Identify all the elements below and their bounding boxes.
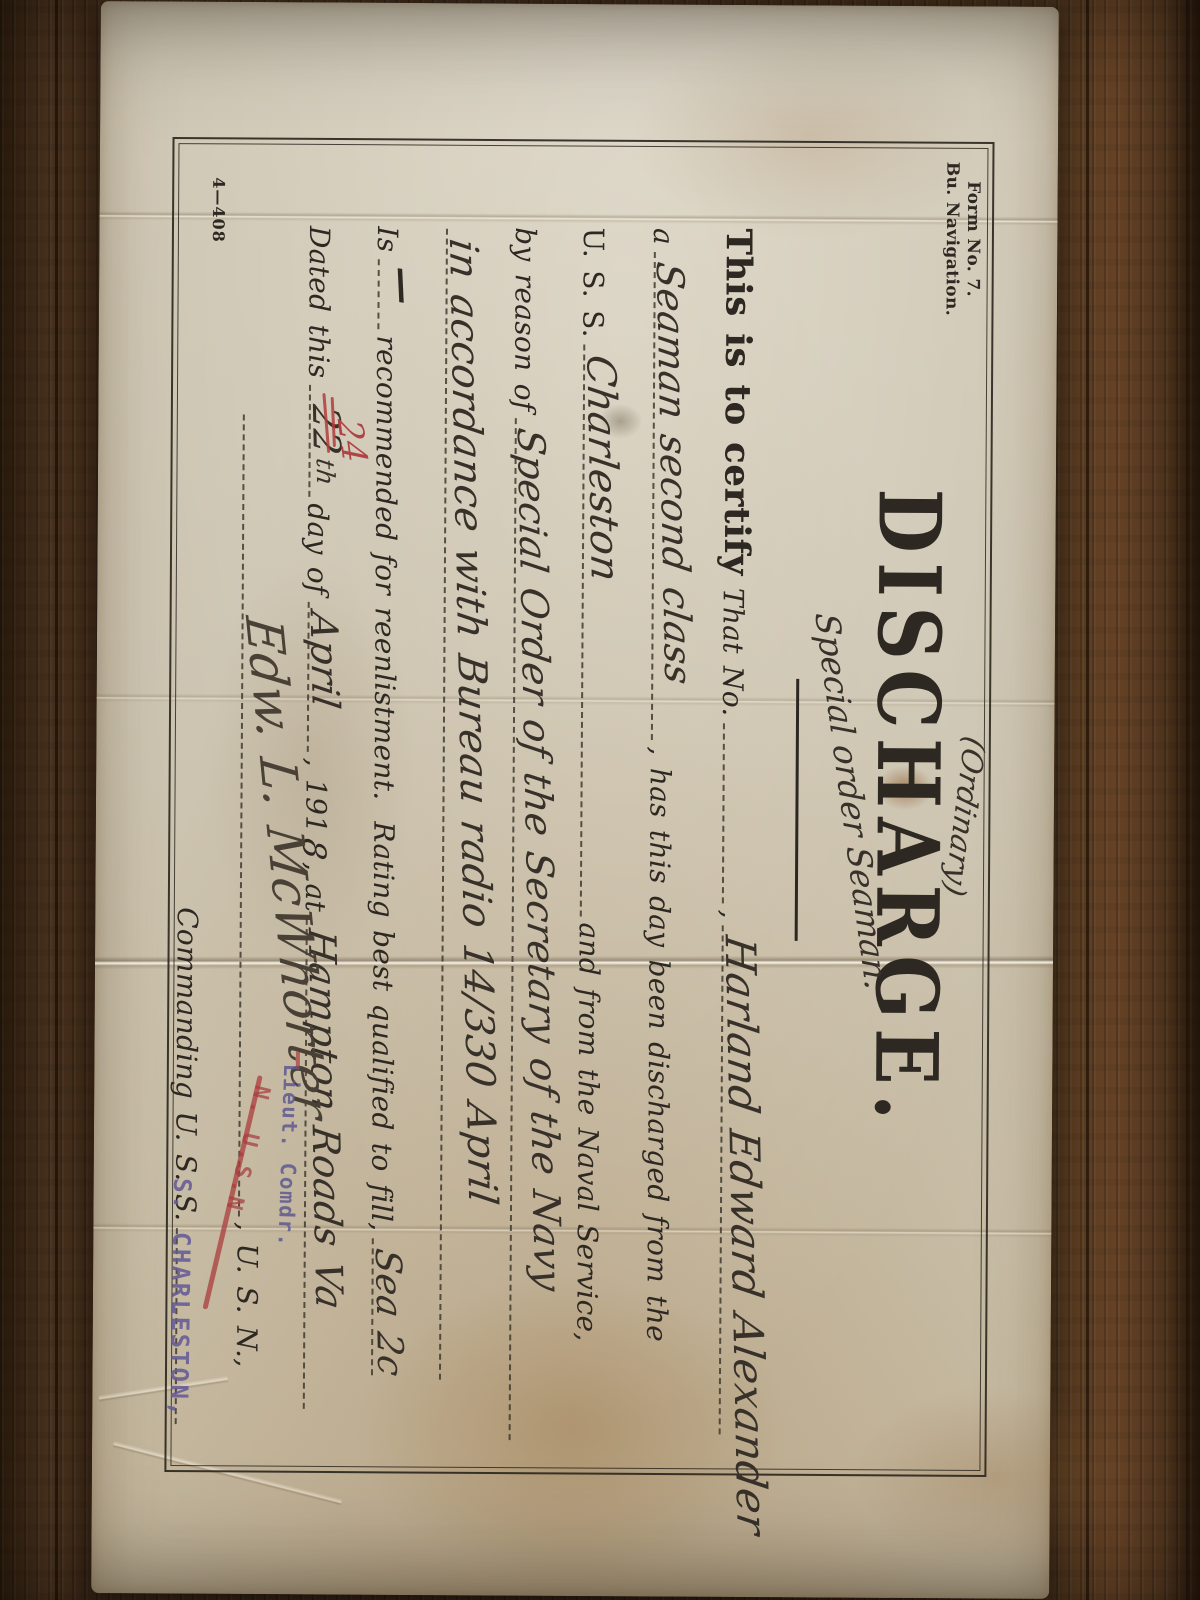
discharge-document: Form No. 7. Bu. Navigation. 4—408 (Ordin…	[164, 137, 994, 1477]
handwritten-rating-qualified: Sea 2c	[369, 1246, 407, 1378]
certify-line: This is to certify That No. , Harland Ed…	[713, 228, 758, 1440]
blank-month: April	[307, 602, 312, 752]
blank-name: Harland Edward Alexander	[719, 926, 726, 1435]
printed-this-is-to-certify: This is to certify	[718, 228, 756, 588]
handwritten-ship: Charleston	[580, 353, 624, 585]
ship-name-stamp: S. CHARLESTON,	[167, 1178, 195, 1419]
printed-comma: ,	[716, 910, 745, 924]
rating-line: a Seaman second class , has this day bee…	[641, 228, 686, 1347]
wood-plank-seam	[55, 0, 58, 1600]
printed-recommended: recommended for reenlistment.	[368, 335, 400, 805]
photo-canvas: { "colors": { "paper": "#cfc7b5", "wood"…	[0, 0, 1200, 1600]
printed-by-reason-of: by reason of	[509, 227, 539, 416]
printed-is: Is	[372, 226, 401, 257]
red-strike-mark	[296, 1052, 300, 1068]
printed-day-of: day of	[302, 503, 332, 600]
printed-uss: U. S. S.	[577, 228, 607, 343]
blank-ship: Charleston	[580, 345, 587, 917]
printed-usn: , U. S. N.,	[231, 1222, 261, 1373]
blank-service-number	[722, 724, 727, 904]
reenlistment-line: Is — recommended for reenlistment. Ratin…	[365, 226, 410, 1381]
paper-sheet: Form No. 7. Bu. Navigation. 4—408 (Ordin…	[91, 1, 1059, 1599]
handwritten-month: April	[305, 610, 345, 711]
printed-that-no: That No.	[717, 588, 747, 722]
commanding-line: Commanding U. S. S. S. CHARLESTON,	[169, 907, 210, 1430]
handwritten-name: Harland Edward Alexander	[719, 934, 773, 1538]
blank-day: 22 24 th	[308, 385, 313, 497]
form-footer-number: 4—408	[209, 177, 228, 243]
printed-discharged-from: , has this day been discharged from the	[641, 746, 674, 1347]
ship-line: U. S. S. Charleston and from the Naval S…	[571, 228, 616, 1347]
rank-stamp: Lieut. Comdr.	[274, 1063, 301, 1247]
printed-dated-this: Dated this	[303, 226, 333, 384]
blank-rating: Seaman second class	[651, 252, 658, 740]
handwritten-rating: Seaman second class	[651, 260, 697, 687]
blank-rating-qualified: Sea 2c	[371, 1238, 376, 1375]
printed-naval-service: and from the Naval Service,	[571, 922, 603, 1346]
signature-line: Edw. L. McWhorter , U. S. N.,	[231, 412, 275, 1372]
reason-line: by reason of Special Order of the Secret…	[503, 227, 548, 1446]
red-day-correction: 24	[332, 419, 372, 463]
printed-rating-label: Rating best qualified to fill,	[366, 821, 398, 1236]
blank-signature: Edw. L. McWhorter	[238, 414, 247, 1216]
printed-a: a	[648, 228, 677, 250]
blank-reason: Special Order of the Secretary of the Na…	[509, 418, 519, 1440]
form-number-line1: Form No. 7.	[961, 162, 983, 316]
reason-continuation-line: in accordance with Bureau radio 14/330 A…	[433, 227, 478, 1386]
blank-recommended: —	[377, 259, 381, 329]
blank-commanding-ship: S. CHARLESTON,	[175, 1229, 180, 1425]
wood-plank-seam	[1086, 0, 1089, 1600]
handwritten-dash: —	[384, 266, 424, 306]
wood-plank-seam	[1186, 0, 1188, 1600]
handwritten-day-suffix: th	[313, 457, 339, 487]
blank-reason-continuation: in accordance with Bureau radio 14/330 A…	[439, 229, 450, 1380]
